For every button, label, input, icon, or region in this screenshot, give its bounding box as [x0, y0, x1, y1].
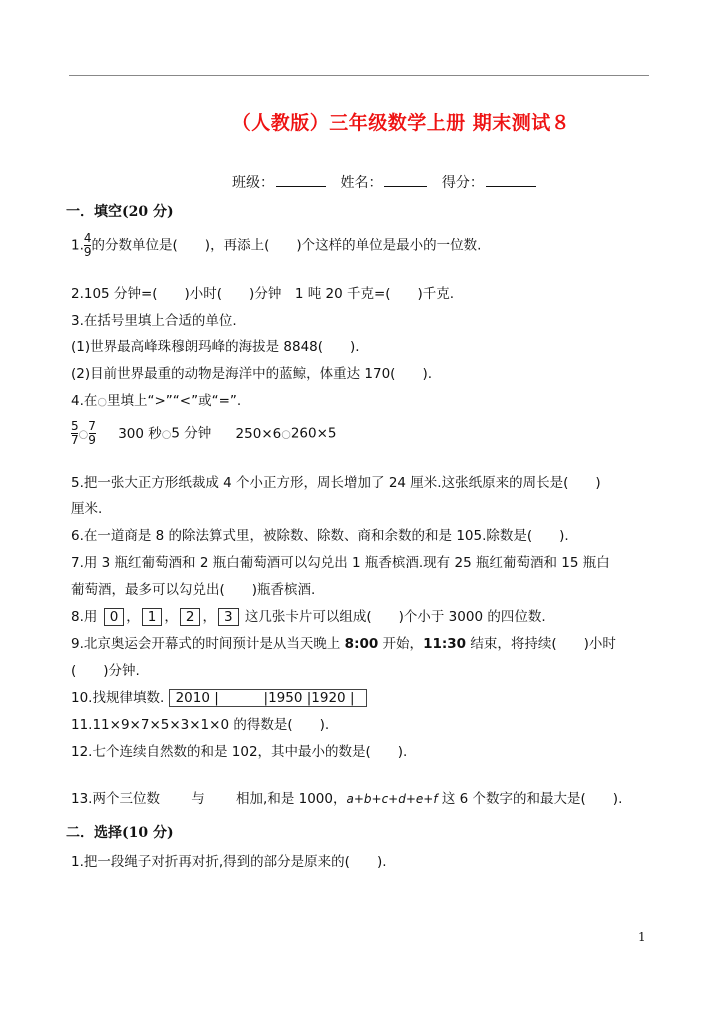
- card-1: 1: [142, 608, 163, 626]
- compare-circle-1[interactable]: ○: [79, 428, 89, 441]
- compare-circle-3[interactable]: ○: [281, 428, 291, 441]
- question-4: 4.在○里填上“>”“<”或“=”.: [71, 389, 241, 409]
- sequence-box: 2010 | |1950 |1920 |: [169, 689, 367, 707]
- question-9-line2: ( )分钟.: [71, 659, 140, 679]
- question-11: 11.11×9×7×5×3×1×0 的得数是( ).: [71, 713, 329, 733]
- q8-suffix: 这几张卡片可以组成( )个小于 3000 的四位数.: [245, 609, 546, 625]
- q9-start-time: 8:00: [345, 636, 379, 652]
- card-3: 3: [218, 608, 239, 626]
- item2-left: 300 秒: [118, 426, 162, 442]
- score-label: 得分：: [442, 175, 484, 191]
- question-1: 1.49的分数单位是( )，再添上( )个这样的单位是最小的一位数.: [71, 232, 481, 259]
- compare-circle-2[interactable]: ○: [162, 428, 172, 441]
- fraction-5-7: 57: [71, 420, 79, 447]
- question-9-line1: 9.北京奥运会开幕式的时间预计是从当天晚上 8:00 开始，11:30 结束，将…: [71, 632, 616, 652]
- section2-heading: 二．选择(10 分): [66, 822, 174, 842]
- q9-part1: 9.北京奥运会开幕式的时间预计是从当天晚上: [71, 636, 345, 652]
- document-title: （人教版）三年级数学上册 期末测试８: [0, 108, 717, 135]
- class-blank[interactable]: [276, 172, 326, 187]
- q1-text: 的分数单位是( )，再添上( )个这样的单位是最小的一位数.: [92, 238, 482, 254]
- student-info: 班级： 姓名： 得分：: [232, 172, 546, 192]
- sep: ，: [202, 609, 216, 625]
- section2-question-1: 1.把一段绳子对折再对折,得到的部分是原来的( ).: [71, 850, 387, 870]
- question-13: 13.两个三位数 与 相加,和是 1000，a+b+c+d+e+f 这 6 个数…: [71, 787, 622, 807]
- q13-part2: 这 6 个数字的和最大是( ).: [438, 791, 623, 807]
- class-label: 班级：: [232, 175, 274, 191]
- fraction-7-9: 79: [88, 420, 96, 447]
- question-5-line1: 5.把一张大正方形纸裁成 4 个小正方形，周长增加了 24 厘米.这张纸原来的周…: [71, 471, 601, 491]
- q4-suffix: 里填上“>”“<”或“=”.: [107, 393, 241, 409]
- q9-part2: 开始，: [378, 636, 423, 652]
- card-2: 2: [180, 608, 201, 626]
- question-7-line1: 7.用 3 瓶红葡萄酒和 2 瓶白葡萄酒可以勾兑出 1 瓶香槟酒.现有 25 瓶…: [71, 551, 610, 571]
- fraction-4-9: 49: [84, 232, 92, 259]
- page-number: 1: [638, 930, 646, 944]
- q1-number: 1.: [71, 238, 84, 254]
- name-blank[interactable]: [384, 172, 427, 187]
- question-7-line2: 葡萄酒，最多可以勾兑出( )瓶香槟酒.: [71, 578, 315, 598]
- item3-right: 260×5: [291, 426, 337, 442]
- q9-end-time: 11:30: [423, 636, 466, 652]
- sep: ，: [126, 609, 140, 625]
- q13-expression: a+b+c+d+e+f: [347, 792, 438, 806]
- circle-icon: ○: [97, 395, 107, 408]
- name-label: 姓名：: [340, 175, 382, 191]
- header-rule: [69, 75, 649, 76]
- q9-part3: 结束，将持续( )小时: [466, 636, 616, 652]
- question-5-line2: 厘米.: [71, 497, 102, 517]
- question-4-items: 57○79 300 秒○5 分钟 250×6○260×5: [71, 420, 337, 447]
- question-3-1: (1)世界最高峰珠穆朗玛峰的海拔是 8848( ).: [71, 335, 360, 355]
- question-3: 3.在括号里填上合适的单位.: [71, 309, 237, 329]
- score-blank[interactable]: [486, 172, 536, 187]
- question-12: 12.七个连续自然数的和是 102，其中最小的数是( ).: [71, 740, 407, 760]
- q8-prefix: 8.用: [71, 609, 97, 625]
- question-6: 6.在一道商是 8 的除法算式里，被除数、除数、商和余数的和是 105.除数是(…: [71, 524, 569, 544]
- question-8: 8.用 0，1，2，3 这几张卡片可以组成( )个小于 3000 的四位数.: [71, 605, 546, 626]
- item2-right: 5 分钟: [171, 426, 211, 442]
- item3-left: 250×6: [236, 426, 282, 442]
- question-3-2: (2)目前世界最重的动物是海洋中的蓝鲸，体重达 170( ).: [71, 362, 432, 382]
- q13-part1: 13.两个三位数 与 相加,和是 1000，: [71, 791, 347, 807]
- question-10: 10.找规律填数. 2010 | |1950 |1920 |: [71, 686, 367, 707]
- sep: ，: [164, 609, 178, 625]
- q4-prefix: 4.在: [71, 393, 97, 409]
- question-2: 2.105 分钟=( )小时( )分钟 1 吨 20 千克=( )千克.: [71, 282, 454, 302]
- section1-heading: 一．填空(20 分): [66, 201, 174, 221]
- q10-prefix: 10.找规律填数.: [71, 690, 164, 706]
- card-0: 0: [104, 608, 125, 626]
